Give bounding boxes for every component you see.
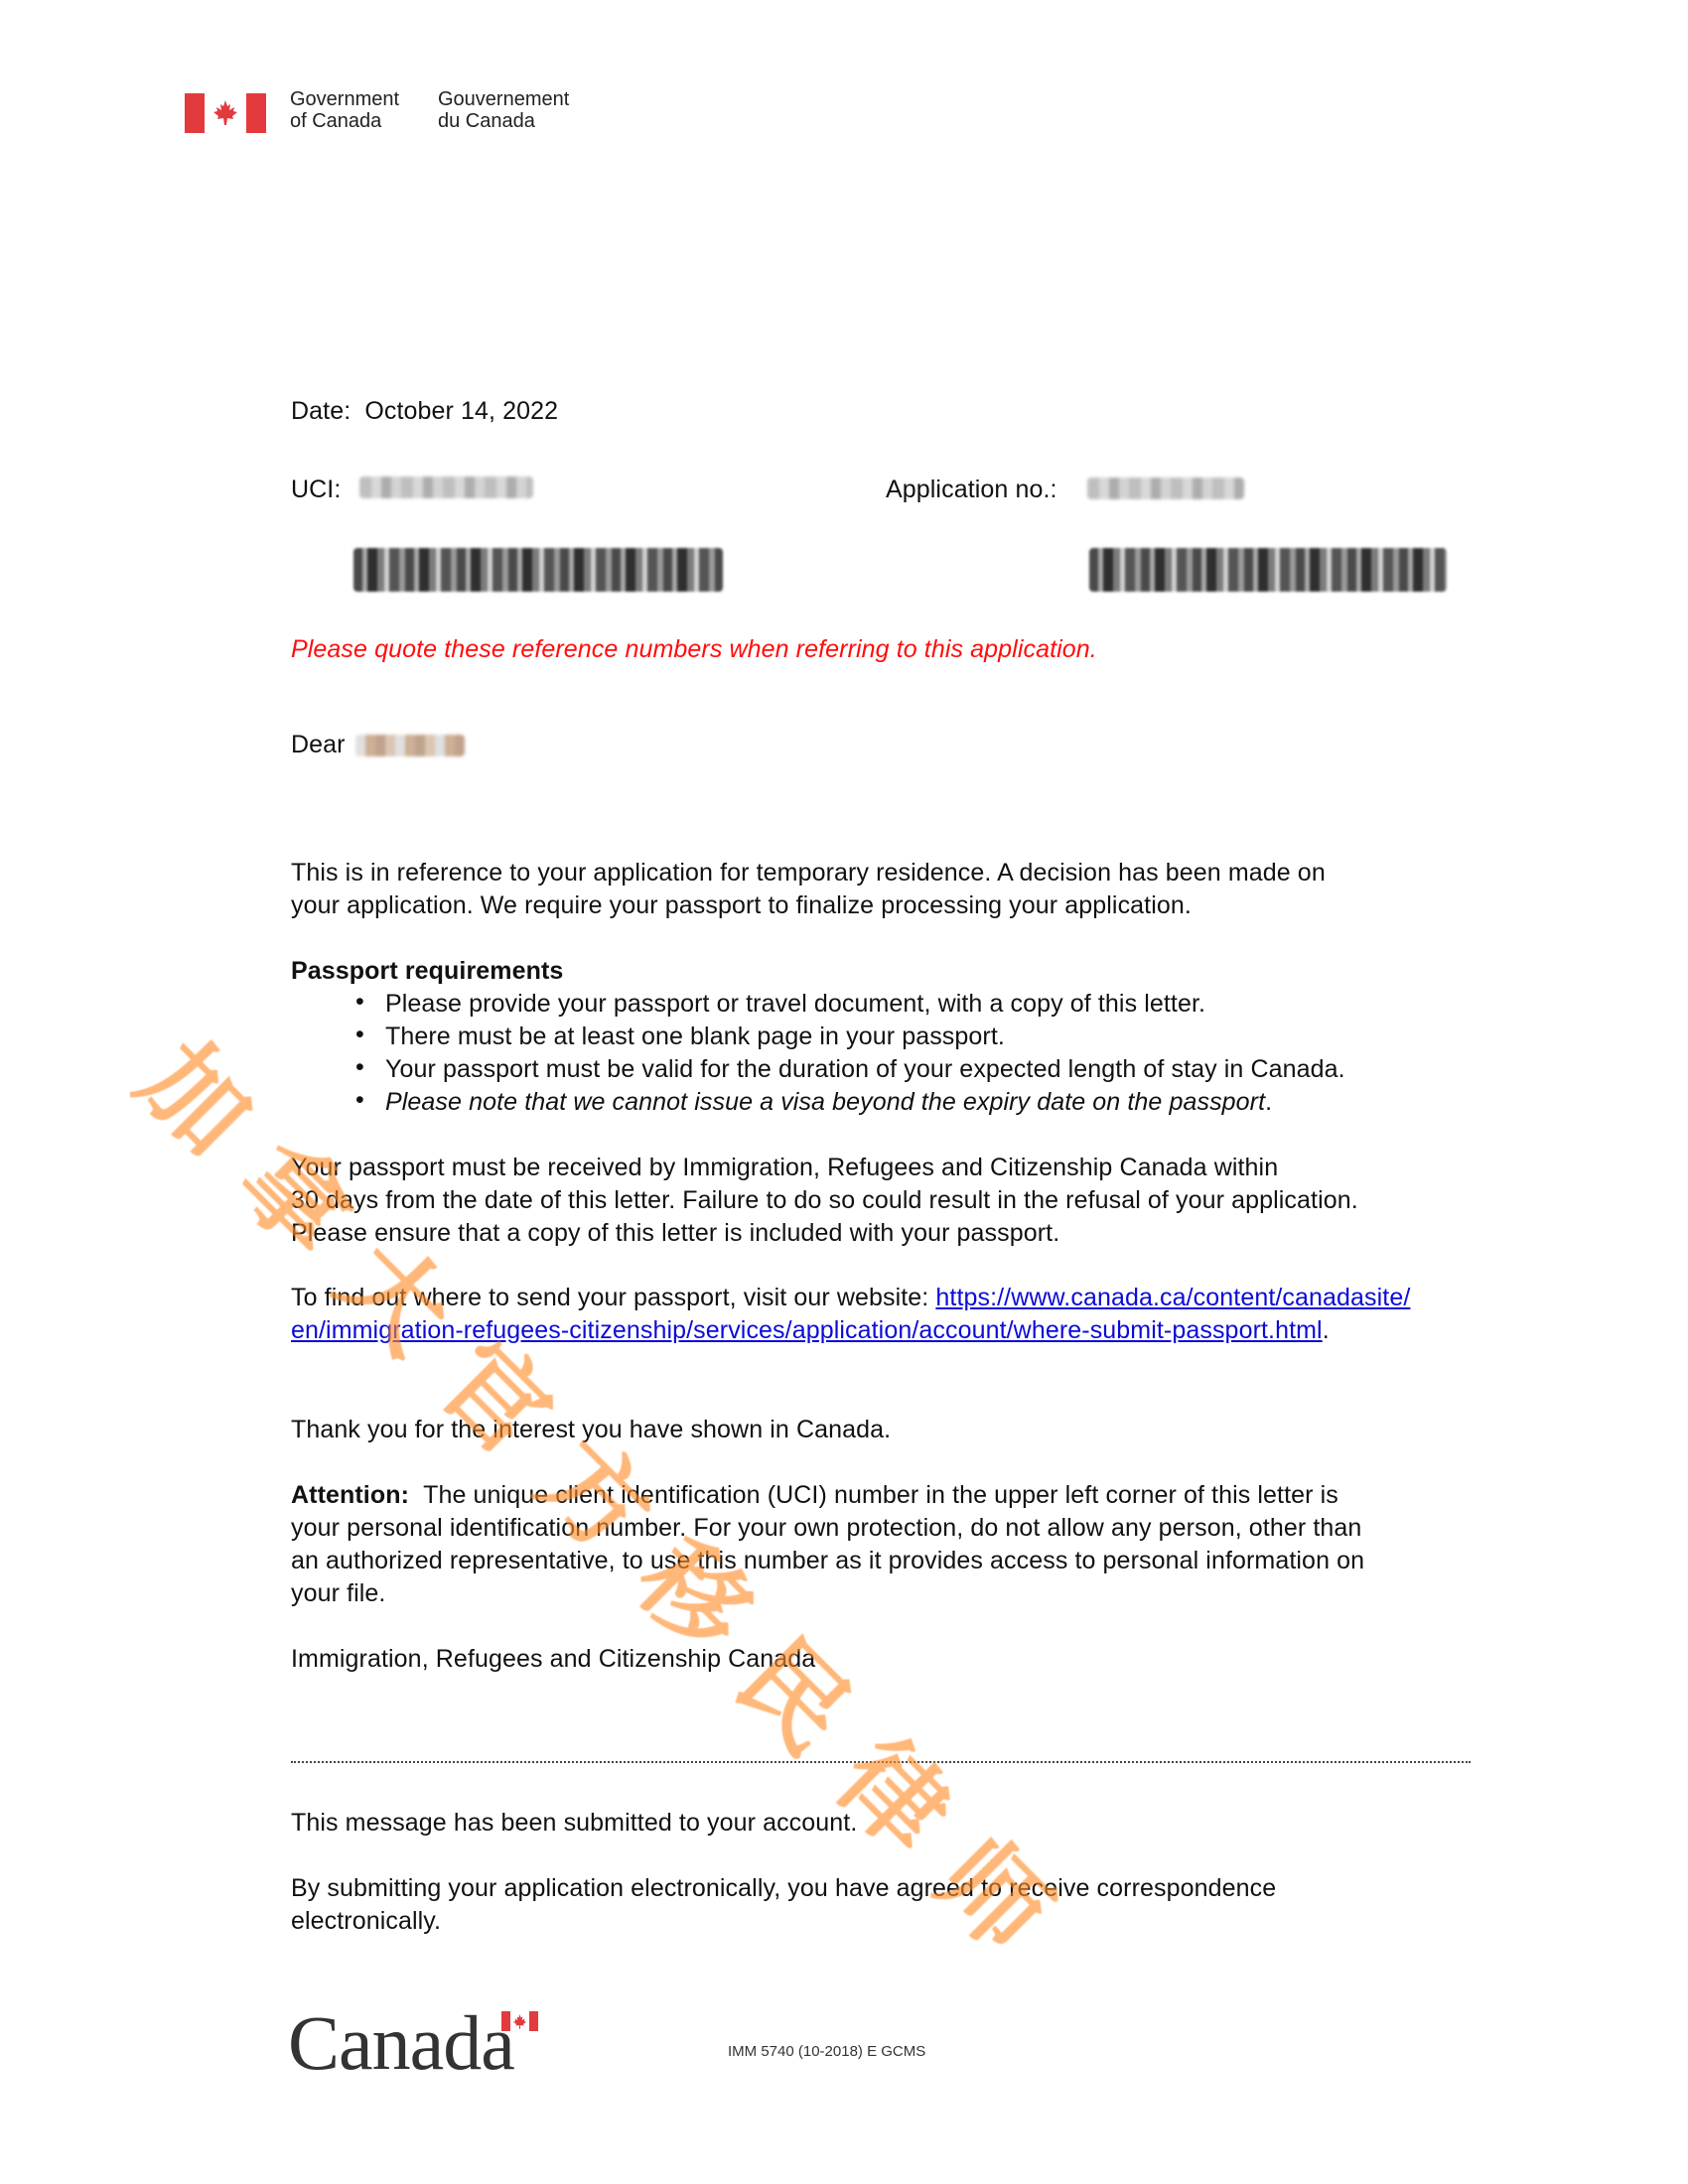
gov-en-line2: of Canada <box>290 110 399 132</box>
gov-en-line1: Government <box>290 88 399 110</box>
deadline-paragraph: Your passport must be received by Immigr… <box>291 1152 1358 1250</box>
requirement-item-italic: Please note that we cannot issue a visa … <box>385 1086 1272 1119</box>
consent-paragraph: By submitting your application electroni… <box>291 1872 1276 1938</box>
passport-submission-link-continued[interactable]: en/immigration-refugees-citizenship/serv… <box>291 1316 1323 1344</box>
application-value-redacted <box>1087 478 1244 499</box>
reference-note: Please quote these reference numbers whe… <box>291 633 1097 666</box>
canada-flag-icon <box>185 93 266 133</box>
requirements-heading: Passport requirements <box>291 955 563 988</box>
wordmark-flag-icon <box>501 2011 538 2031</box>
requirement-item: Please provide your passport or travel d… <box>385 988 1205 1021</box>
maple-leaf-icon <box>205 93 246 133</box>
attention-paragraph: Attention: The unique client identificat… <box>291 1479 1364 1610</box>
requirement-italic-text: Please note that we cannot issue a visa … <box>385 1088 1265 1116</box>
intro-line: This is in reference to your application… <box>291 857 1326 889</box>
salutation: Dear <box>291 729 346 761</box>
bullet-icon: • <box>355 1086 364 1115</box>
deadline-line: Your passport must be received by Immigr… <box>291 1152 1358 1184</box>
intro-paragraph: This is in reference to your application… <box>291 857 1326 922</box>
website-prefix: To find out where to send your passport,… <box>291 1284 935 1311</box>
gov-fr-line2: du Canada <box>438 110 569 132</box>
flag-red-bar-left <box>185 93 205 133</box>
intro-line: your application. We require your passpo… <box>291 889 1326 922</box>
consent-line: By submitting your application electroni… <box>291 1872 1276 1905</box>
deadline-line: Please ensure that a copy of this letter… <box>291 1217 1358 1250</box>
date-value: October 14, 2022 <box>364 397 558 425</box>
flag-red-bar-right <box>246 93 266 133</box>
uci-label: UCI: <box>291 474 341 506</box>
website-paragraph: To find out where to send your passport,… <box>291 1282 1410 1347</box>
consent-line: electronically. <box>291 1905 1276 1938</box>
uci-barcode-redacted <box>353 548 723 592</box>
canada-wordmark: Canada <box>288 2003 514 2083</box>
salutation-name-redacted <box>355 735 465 756</box>
salutation-label: Dear <box>291 731 346 758</box>
attention-label: Attention: <box>291 1481 409 1509</box>
government-of-canada-en: Government of Canada <box>290 88 399 132</box>
attention-line: your file. <box>291 1577 1364 1610</box>
deadline-line: 30 days from the date of this letter. Fa… <box>291 1184 1358 1217</box>
bullet-icon: • <box>355 1021 364 1049</box>
attention-line: The unique client identification (UCI) n… <box>423 1481 1338 1509</box>
uci-value-redacted <box>359 477 533 498</box>
requirement-item: There must be at least one blank page in… <box>385 1021 1005 1053</box>
bullet-icon: • <box>355 988 364 1017</box>
signature: Immigration, Refugees and Citizenship Ca… <box>291 1643 815 1676</box>
thank-you: Thank you for the interest you have show… <box>291 1414 891 1446</box>
government-of-canada-fr: Gouvernement du Canada <box>438 88 569 132</box>
attention-line: your personal identification number. For… <box>291 1512 1364 1545</box>
dotted-divider <box>291 1761 1471 1763</box>
date-label: Date: <box>291 397 351 425</box>
requirement-item: Your passport must be valid for the dura… <box>385 1053 1345 1086</box>
date-line: Date: October 14, 2022 <box>291 395 558 428</box>
form-code: IMM 5740 (10-2018) E GCMS <box>728 2043 925 2060</box>
submitted-note: This message has been submitted to your … <box>291 1807 857 1840</box>
gov-fr-line1: Gouvernement <box>438 88 569 110</box>
bullet-icon: • <box>355 1053 364 1082</box>
attention-line: an authorized representative, to use thi… <box>291 1545 1364 1577</box>
passport-submission-link[interactable]: https://www.canada.ca/content/canadasite… <box>935 1284 1410 1311</box>
application-label: Application no.: <box>886 474 1057 506</box>
application-barcode-redacted <box>1089 548 1447 592</box>
